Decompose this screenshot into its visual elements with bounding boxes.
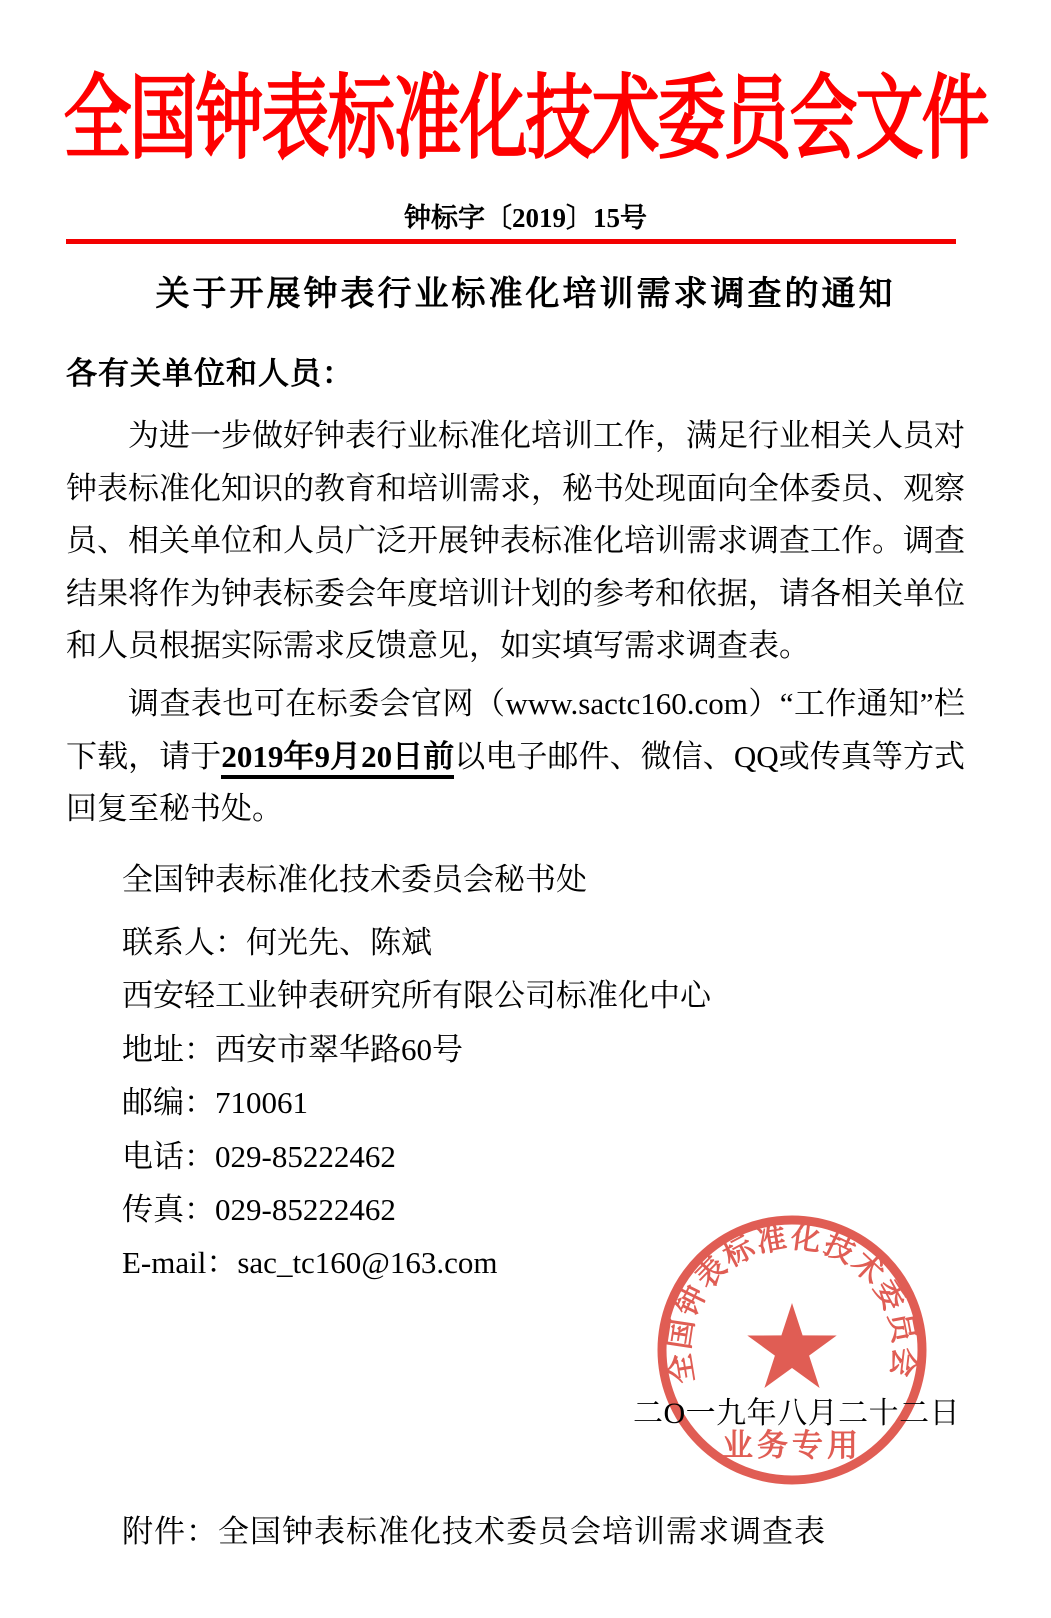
contact-organization-line: 西安轻工业钟表研究所有限公司标准化中心	[122, 969, 711, 1022]
official-seal-stamp: 全国钟表标准化技术委员会 业务专用	[652, 1210, 932, 1490]
contact-person-line: 联系人：何光先、陈斌	[122, 916, 711, 969]
contact-postcode-line: 邮编：710061	[122, 1076, 711, 1129]
letterhead-title: 全国钟表标准化技术委员会文件	[0, 46, 1051, 177]
contact-fax-line: 传真：029-85222462	[122, 1183, 711, 1236]
body-paragraph-2: 调查表也可在标委会官网（www.sactc160.com）“工作通知”栏下载，请…	[66, 678, 965, 836]
contact-address-line: 地址：西安市翠华路60号	[122, 1023, 711, 1076]
issuing-organization: 全国钟表标准化技术委员会秘书处	[122, 861, 587, 899]
document-number: 钟标字〔2019〕15号	[0, 196, 1051, 235]
seal-bottom-text: 业务专用	[722, 1428, 862, 1463]
seal-star	[747, 1303, 836, 1388]
salutation: 各有关单位和人员：	[66, 348, 354, 393]
notice-title: 关于开展钟表行业标准化培训需求调查的通知	[0, 266, 1051, 315]
document-page: 全国钟表标准化技术委员会文件 钟标字〔2019〕15号 关于开展钟表行业标准化培…	[0, 0, 1051, 1618]
body-paragraph-1: 为进一步做好钟表行业标准化培训工作，满足行业相关人员对钟表标准化知识的教育和培训…	[66, 410, 965, 673]
attachment-note: 附件：全国钟表标准化技术委员会培训需求调查表	[122, 1506, 826, 1551]
contact-info-block: 联系人：何光先、陈斌 西安轻工业钟表研究所有限公司标准化中心 地址：西安市翠华路…	[122, 916, 711, 1290]
red-divider-rule	[66, 239, 956, 244]
contact-phone-line: 电话：029-85222462	[122, 1130, 711, 1183]
deadline-emphasis: 2019年9月20日前	[221, 739, 454, 779]
contact-email-line: E-mail：sac_tc160@163.com	[122, 1236, 711, 1289]
